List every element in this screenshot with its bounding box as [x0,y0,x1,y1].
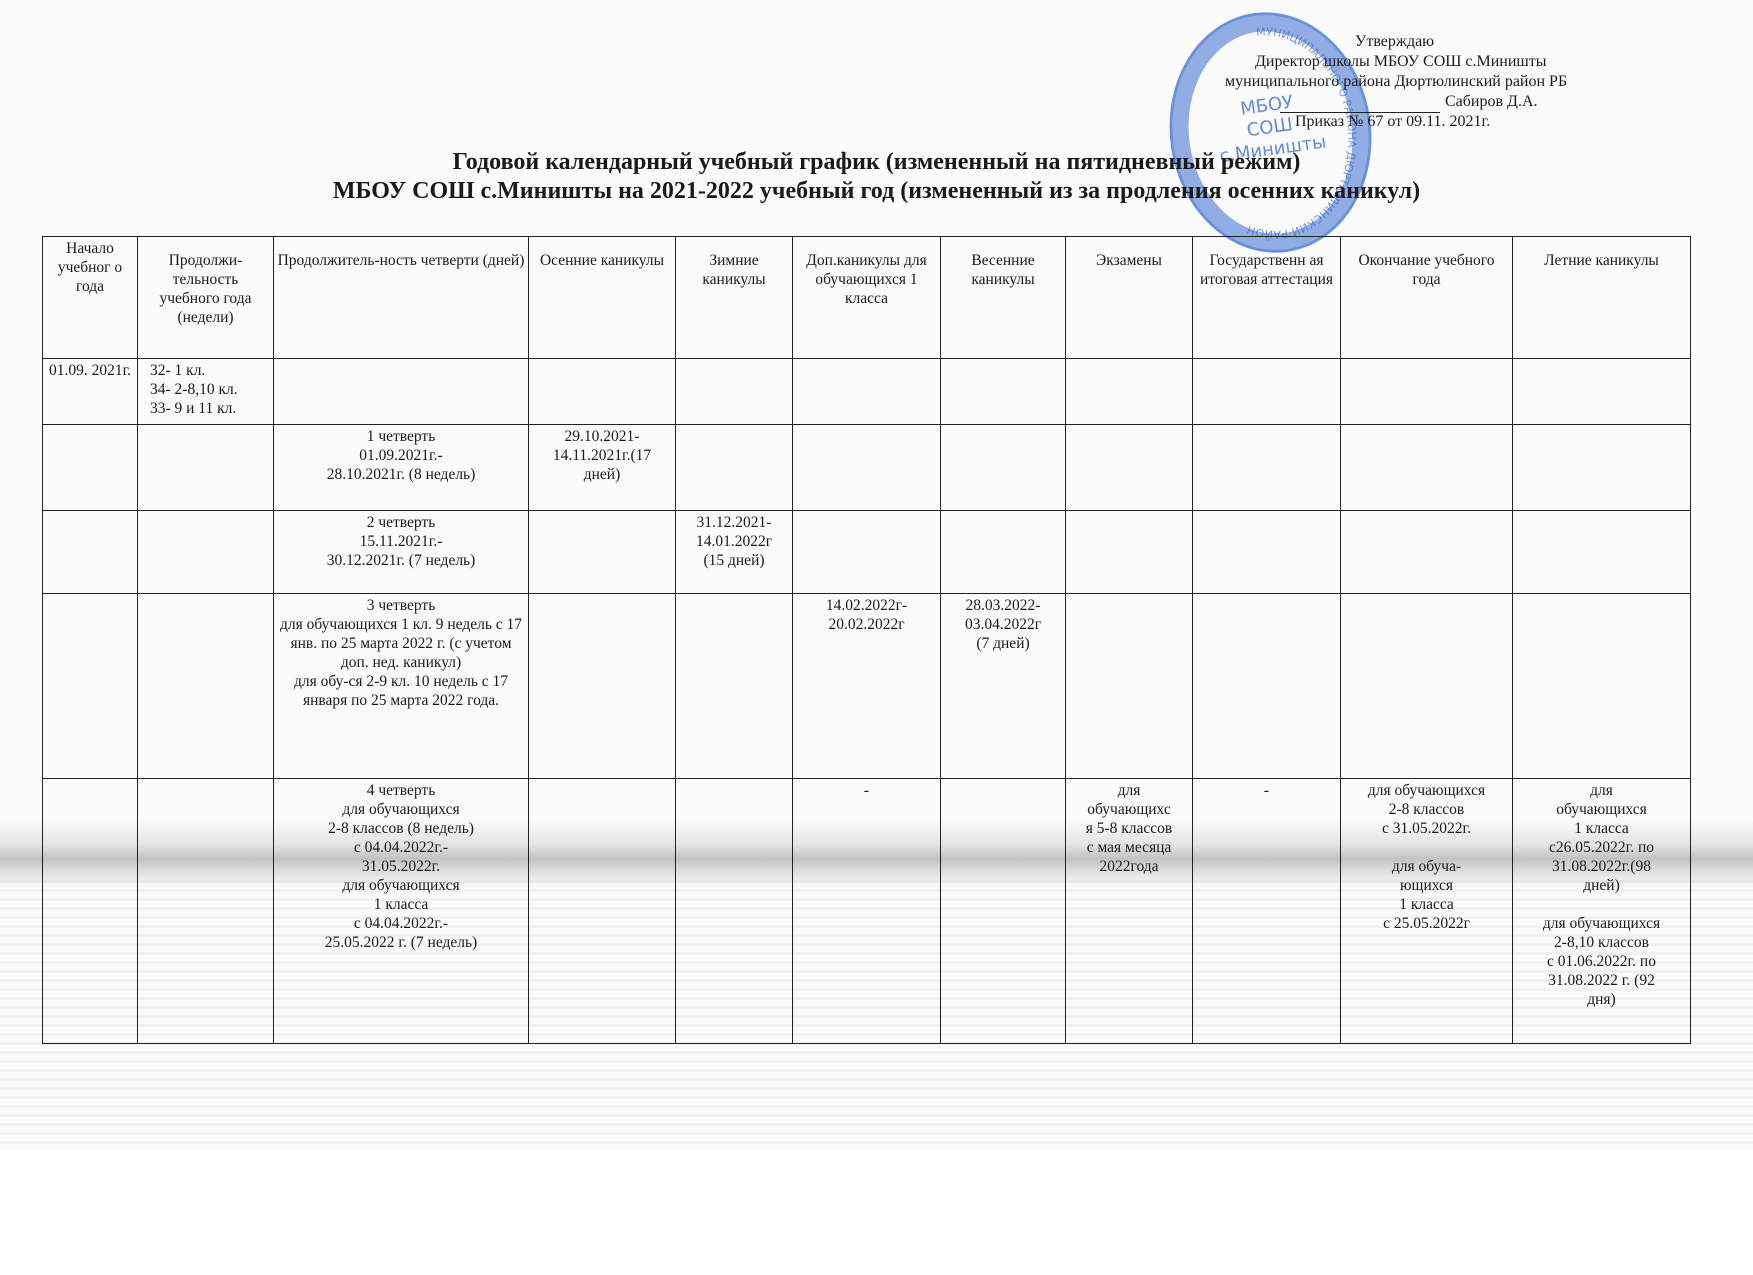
table-row: 2 четверть 15.11.2021г.- 30.12.2021г. (7… [43,511,1691,594]
cell-duration-weeks: 32- 1 кл. 34- 2-8,10 кл. 33- 9 и 11 кл. [138,359,274,425]
table-header-row: Начало учебног о годаПродолжи-тельность … [43,237,1691,359]
cell-state-final-attestation [1193,594,1341,779]
cell-start-date [43,511,138,594]
approval-heading: Утверждаю [1225,32,1625,52]
header-start-date: Начало учебног о года [43,237,138,359]
cell-winter-holidays [676,425,793,511]
cell-duration-weeks [138,425,274,511]
approval-signatory: Сабиров Д.А. [1225,92,1625,112]
cell-duration-weeks [138,594,274,779]
table-row: 3 четверть для обучающихся 1 кл. 9 недел… [43,594,1691,779]
cell-duration-weeks [138,779,274,1044]
cell-autumn-holidays [529,511,676,594]
header-spring-holidays: Весенние каникулы [941,237,1066,359]
cell-summer-holidays [1513,594,1691,779]
header-quarter-duration: Продолжитель-ность четверти (дней) [274,237,529,359]
cell-spring-holidays [941,425,1066,511]
cell-extra-holidays-grade1 [793,359,941,425]
cell-autumn-holidays [529,779,676,1044]
cell-summer-holidays [1513,359,1691,425]
cell-winter-holidays [676,359,793,425]
table-row: 01.09. 2021г.32- 1 кл. 34- 2-8,10 кл. 33… [43,359,1691,425]
approval-district: муниципального района Дюртюлинский район… [1225,72,1625,92]
cell-spring-holidays: 28.03.2022- 03.04.2022г (7 дней) [941,594,1066,779]
cell-exams [1066,511,1193,594]
header-year-end: Окончание учебного года [1341,237,1513,359]
cell-state-final-attestation: - [1193,779,1341,1044]
cell-year-end [1341,425,1513,511]
title-line-1: Годовой календарный учебный график (изме… [0,148,1753,177]
table-row: 4 четверть для обучающихся 2-8 классов (… [43,779,1691,1044]
cell-winter-holidays: 31.12.2021- 14.01.2022г (15 дней) [676,511,793,594]
cell-start-date [43,425,138,511]
cell-summer-holidays [1513,511,1691,594]
header-winter-holidays: Зимние каникулы [676,237,793,359]
cell-exams [1066,359,1193,425]
cell-start-date [43,779,138,1044]
cell-year-end [1341,594,1513,779]
cell-spring-holidays [941,359,1066,425]
table-row: 1 четверть 01.09.2021г.- 28.10.2021г. (8… [43,425,1691,511]
approval-position: Директор школы МБОУ СОШ с.Миништы [1225,52,1625,72]
schedule-table: Начало учебног о годаПродолжи-тельность … [42,236,1691,1044]
cell-state-final-attestation [1193,425,1341,511]
cell-winter-holidays [676,779,793,1044]
header-autumn-holidays: Осенние каникулы [529,237,676,359]
cell-extra-holidays-grade1 [793,425,941,511]
signature-line [1280,112,1440,113]
cell-autumn-holidays [529,594,676,779]
cell-state-final-attestation [1193,511,1341,594]
header-duration-weeks: Продолжи-тельность учебного года (недели… [138,237,274,359]
cell-year-end [1341,511,1513,594]
cell-spring-holidays [941,779,1066,1044]
cell-spring-holidays [941,511,1066,594]
approval-block: Утверждаю Директор школы МБОУ СОШ с.Мини… [1225,32,1625,132]
document-title: Годовой календарный учебный график (изме… [0,148,1753,206]
page-margin [0,1150,1753,1275]
cell-year-end: для обучающихся 2-8 классов с 31.05.2022… [1341,779,1513,1044]
header-extra-holidays-grade1: Доп.каникулы для обучающихся 1 класса [793,237,941,359]
cell-quarter-duration: 1 четверть 01.09.2021г.- 28.10.2021г. (8… [274,425,529,511]
cell-summer-holidays: для обучающихся 1 класса с26.05.2022г. п… [1513,779,1691,1044]
cell-autumn-holidays: 29.10.2021- 14.11.2021г.(17 дней) [529,425,676,511]
cell-exams [1066,425,1193,511]
approval-order: Приказ № 67 от 09.11. 2021г. [1225,112,1625,132]
cell-exams: для обучающихс я 5-8 классов с мая месяц… [1066,779,1193,1044]
header-exams: Экзамены [1066,237,1193,359]
cell-quarter-duration [274,359,529,425]
cell-summer-holidays [1513,425,1691,511]
cell-start-date: 01.09. 2021г. [43,359,138,425]
cell-quarter-duration: 4 четверть для обучающихся 2-8 классов (… [274,779,529,1044]
header-summer-holidays: Летние каникулы [1513,237,1691,359]
cell-start-date [43,594,138,779]
cell-extra-holidays-grade1: 14.02.2022г- 20.02.2022г [793,594,941,779]
cell-quarter-duration: 2 четверть 15.11.2021г.- 30.12.2021г. (7… [274,511,529,594]
cell-quarter-duration: 3 четверть для обучающихся 1 кл. 9 недел… [274,594,529,779]
cell-exams [1066,594,1193,779]
cell-extra-holidays-grade1 [793,511,941,594]
cell-autumn-holidays [529,359,676,425]
cell-extra-holidays-grade1: - [793,779,941,1044]
title-line-2: МБОУ СОШ с.Миништы на 2021-2022 учебный … [0,177,1753,206]
header-state-final-attestation: Государственн ая итоговая аттестация [1193,237,1341,359]
cell-state-final-attestation [1193,359,1341,425]
cell-winter-holidays [676,594,793,779]
cell-duration-weeks [138,511,274,594]
cell-year-end [1341,359,1513,425]
